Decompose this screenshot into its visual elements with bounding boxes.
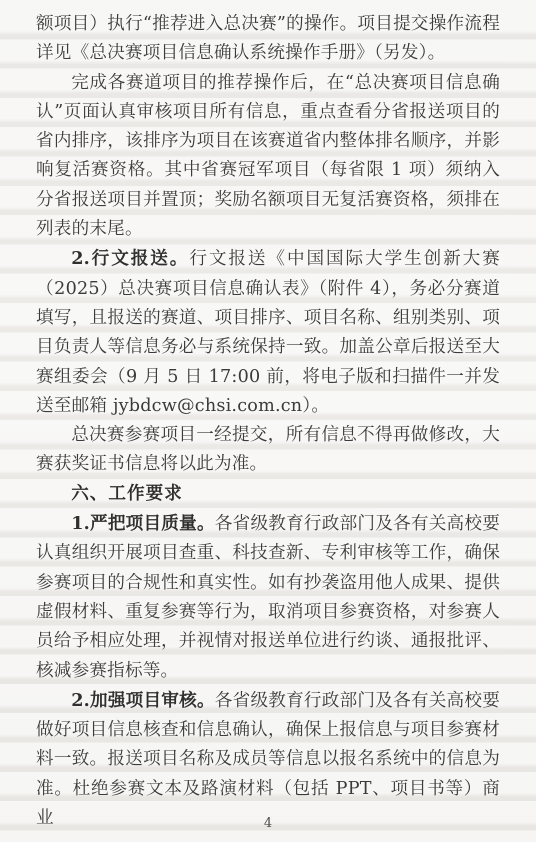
document-body: 额项目）执行“推荐进入总决赛”的操作。项目提交操作流程详见《总决赛项目信息确认系… (36, 10, 500, 833)
paragraph-lead: 2.加强项目审核。 (71, 690, 215, 711)
scanned-document-page: 额项目）执行“推荐进入总决赛”的操作。项目提交操作流程详见《总决赛项目信息确认系… (0, 0, 536, 842)
paragraph: 总决赛参赛项目一经提交，所有信息不得再做修改，大赛获奖证书信息将以此为准。 (36, 421, 500, 480)
section-heading: 六、工作要求 (36, 480, 500, 509)
paragraph-lead: 2.行文报送。 (71, 248, 189, 269)
paragraph: 1.严把项目质量。各省级教育行政部门及各有关高校要认真组织开展项目查重、科技查新… (36, 509, 500, 686)
paragraph: 2.加强项目审核。各省级教育行政部门及各有关高校要做好项目信息核查和信息确认，确… (36, 686, 500, 833)
page-number: 4 (0, 816, 536, 831)
paragraph: 完成各赛道项目的推荐操作后，在“总决赛项目信息确认”页面认真审核项目所有信息，重… (36, 69, 500, 245)
paragraph: 2.行文报送。行文报送《中国国际大学生创新大赛（2025）总决赛项目信息确认表》… (36, 244, 500, 421)
paragraph: 额项目）执行“推荐进入总决赛”的操作。项目提交操作流程详见《总决赛项目信息确认系… (36, 10, 500, 69)
paragraph-lead: 1.严把项目质量。 (71, 513, 215, 534)
